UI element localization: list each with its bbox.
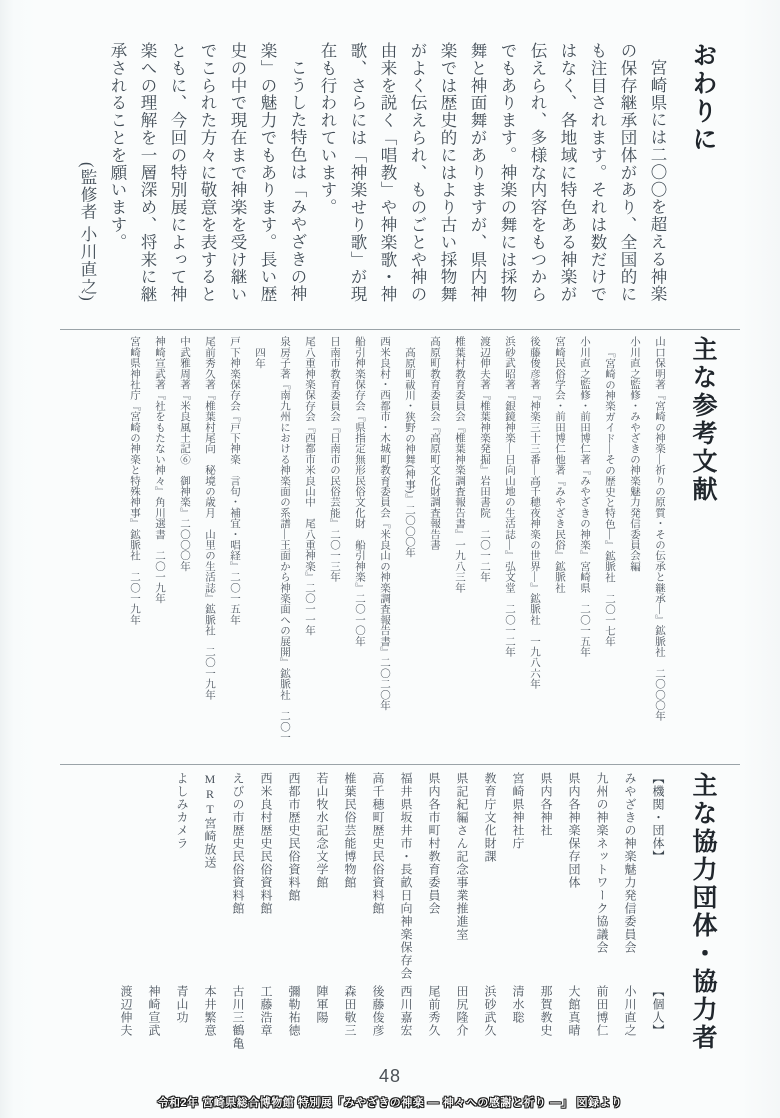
references-heading: 主な参考文献: [688, 336, 718, 752]
page-number: 48: [0, 1066, 780, 1087]
individuals-label: 【個人】: [644, 985, 672, 1071]
afterword-paragraph: 宮崎県には二〇〇を超える神楽の保存継承団体があり、全国的にも注目されます。それは…: [312, 42, 672, 306]
individual-item: 工藤浩章: [252, 985, 280, 1071]
organization-item: みやざきの神楽魅力発信委員会: [616, 772, 644, 984]
cooperation-individuals-list: 【個人】 小川直之 前田博仁 大館真晴 那賀教史 清水聡 浜砂武久 田尻隆介 尾…: [112, 985, 672, 1071]
organization-item: 宮崎県神社庁: [504, 772, 532, 984]
afterword-section: おわりに 宮崎県には二〇〇を超える神楽の保存継承団体があり、全国的にも注目されま…: [72, 42, 718, 306]
reference-entry: 戸下神楽保存会『戸下神楽 言句・補宜・唱経』二〇一五年: [222, 336, 247, 752]
reference-entry: 後藤俊彦著『神楽三十三番―高千穂夜神楽の世界―』鉱脈社 一九八六年: [522, 336, 547, 752]
reference-entry: 船引神楽保存会『県指定無形民俗文化財 船引神楽』二〇一〇年: [347, 336, 372, 752]
individual-item: 尾前秀久: [420, 985, 448, 1071]
organization-item: 県記紀編さん記念事業推進室: [448, 772, 476, 984]
cooperation-section: 主な協力団体・協力者 【機関・団体】 みやざきの神楽魅力発信委員会 九州の神楽ネ…: [55, 772, 718, 1072]
individual-item: 彌勒祐徳: [280, 985, 308, 1071]
footer-caption: 令和2年 宮崎県総合博物館 特別展「みやざきの神楽 ― 神々への感謝と祈り ―」…: [0, 1094, 780, 1110]
organization-item: 九州の神楽ネットワーク協議会: [588, 772, 616, 984]
section-divider: [60, 329, 740, 330]
individual-item: 浜砂武久: [476, 985, 504, 1071]
references-list: 山口保明著『宮崎の神楽―祈りの原質・その伝承と継承―』鉱脈社 二〇〇〇年 小川直…: [122, 336, 672, 752]
organization-item: 県内各神社: [532, 772, 560, 984]
reference-entry: 宮崎県神社庁『宮崎の神楽と特殊神事』鉱脈社 二〇一九年: [122, 336, 147, 752]
organization-item: 高千穂町歴史民俗資料館: [364, 772, 392, 984]
reference-entry: 高原町教育委員会『高原町文化財調査報告書 高原町祓川・狭野の神舞(神事)』二〇〇…: [397, 336, 447, 752]
individual-item: 小川直之: [616, 985, 644, 1071]
organization-item: えびの市歴史民俗資料館: [224, 772, 252, 984]
individual-item: 田尻隆介: [448, 985, 476, 1071]
organization-item: よしみカメラ: [168, 772, 196, 984]
individual-item: 森田敬三: [336, 985, 364, 1071]
individual-item: 後藤俊彦: [364, 985, 392, 1071]
organization-item: 西米良村歴史民俗資料館: [252, 772, 280, 984]
afterword-signature: (監修者 小川直之): [72, 42, 102, 306]
individual-item: 那賀教史: [532, 985, 560, 1071]
references-section: 主な参考文献 山口保明著『宮崎の神楽―祈りの原質・その伝承と継承―』鉱脈社 二〇…: [122, 336, 718, 752]
organization-item: 県内各市町村教育委員会: [420, 772, 448, 984]
individual-item: 西川嘉宏: [392, 985, 420, 1071]
reference-entry: 小川直之監修・みやざきの神楽魅力発信委員会編 『宮崎の神楽ガイド―その歴史と特色…: [597, 336, 647, 752]
section-divider: [60, 764, 740, 765]
afterword-paragraph: こうした特色は「みやざきの神楽」の魅力でもあります。長い歴史の中で現在まで神楽を…: [102, 42, 312, 306]
afterword-body: 宮崎県には二〇〇を超える神楽の保存継承団体があり、全国的にも注目されます。それは…: [72, 42, 672, 306]
reference-entry: 尾八重神楽保存会『西都市米良山中 尾八重神楽』二〇一一年: [297, 336, 322, 752]
reference-entry: 宮崎民俗学会・前田博仁他著『みやざき民俗』鉱脈社: [547, 336, 572, 752]
cooperation-organizations-list: 【機関・団体】 みやざきの神楽魅力発信委員会 九州の神楽ネットワーク協議会 県内…: [168, 772, 672, 984]
individual-item: 本井繁意: [196, 985, 224, 1071]
reference-entry: 椎葉村教育委員会『椎葉神楽調査報告書』一九八三年: [447, 336, 472, 752]
organization-item: 若山牧水記念文学館: [308, 772, 336, 984]
individual-item: 前田博仁: [588, 985, 616, 1071]
individual-item: 大館真晴: [560, 985, 588, 1071]
reference-entry: 浜砂武昭著『銀鏡神楽―日向山地の生活誌―』弘文堂 二〇一二年: [497, 336, 522, 752]
reference-entry: 神崎宣武著『社をもたない神々』角川選書 二〇一九年: [147, 336, 172, 752]
reference-entry: 小川直之監修・前田博仁著『みやざきの神楽』宮崎県 二〇一五年: [572, 336, 597, 752]
organization-item: 西都市歴史民俗資料館: [280, 772, 308, 984]
organization-item: 福井県坂井市・長畝日向神楽保存会: [392, 772, 420, 984]
reference-entry: 渡辺伸夫著『椎葉神楽発掘』岩田書院 二〇一二年: [472, 336, 497, 752]
cooperation-heading: 主な協力団体・協力者: [688, 772, 718, 1052]
individual-item: 渡辺伸夫: [112, 985, 140, 1071]
reference-entry: 日南市教育委員会『日南市の民俗芸能』二〇一三年: [322, 336, 347, 752]
individual-item: 陣軍陽: [308, 985, 336, 1071]
reference-entry: 尾前秀久著『椎葉村尾向 秘境の歳月 山里の生活誌』鉱脈社 二〇一九年: [197, 336, 222, 752]
individual-item: 青山功: [168, 985, 196, 1071]
organization-item: MRT宮崎放送: [196, 772, 224, 984]
organization-item: 椎葉民俗芸能博物館: [336, 772, 364, 984]
organization-item: 教育庁文化財課: [476, 772, 504, 984]
individual-item: 古川三鶴亀: [224, 985, 252, 1071]
organization-item: 県内各神楽保存団体: [560, 772, 588, 984]
organizations-label: 【機関・団体】: [644, 772, 672, 984]
individual-item: 清水聡: [504, 985, 532, 1071]
individual-item: 神崎宣武: [140, 985, 168, 1071]
afterword-heading: おわりに: [688, 42, 718, 306]
reference-entry: 泉房子著『南九州における神楽面の系譜―王面から神楽面への展開』鉱脈社 二〇一四年: [247, 336, 297, 752]
reference-entry: 西米良村・西都市・木城町教育委員会『米良山の神楽調査報告書』二〇二〇年: [372, 336, 397, 752]
reference-entry: 山口保明著『宮崎の神楽―祈りの原質・その伝承と継承―』鉱脈社 二〇〇〇年: [647, 336, 672, 752]
reference-entry: 中武雅周著『米良風土記⑥ 御神楽』二〇〇〇年: [172, 336, 197, 752]
